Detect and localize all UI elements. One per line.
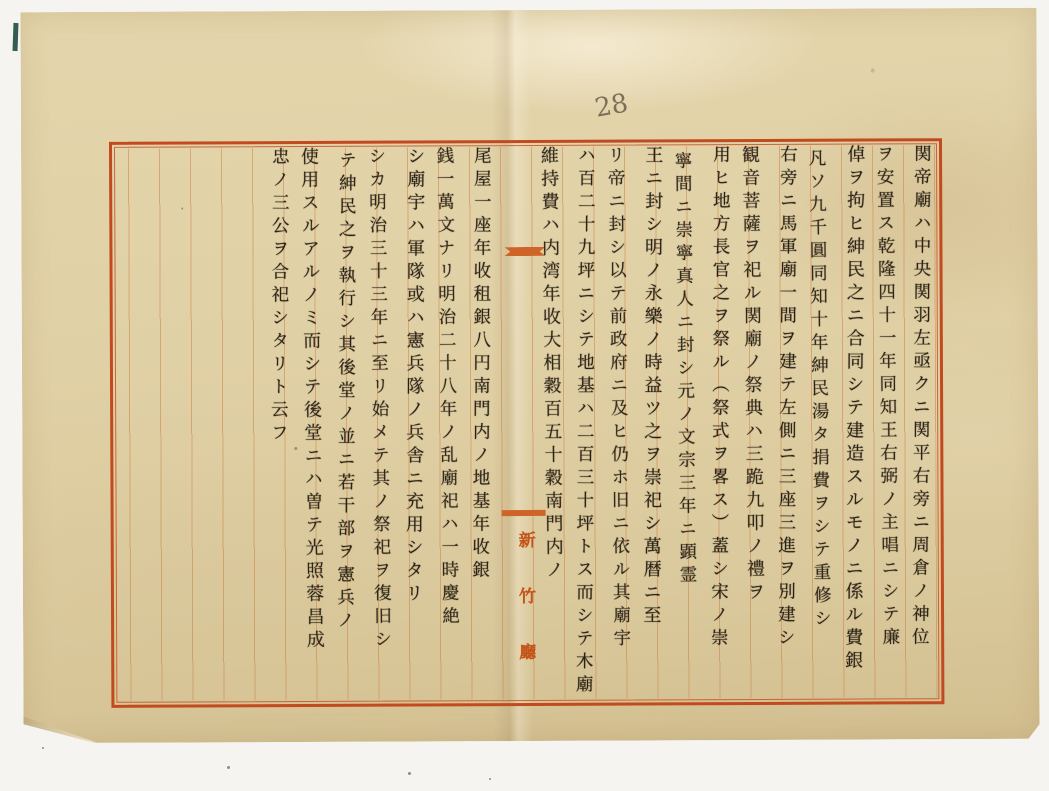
- scanner-speck: [227, 766, 230, 769]
- paper-speck: [871, 68, 875, 72]
- paper-speck: [722, 309, 726, 312]
- scanner-speck: [408, 772, 411, 775]
- dog-ear-fold: [23, 705, 97, 743]
- manuscript-column: 用ヒ地方長官之ヲ祭ル（祭式ヲ畧ス）蓋シ宋ノ崇: [703, 145, 735, 709]
- scanner-speck: [489, 778, 491, 780]
- manuscript-column: 尾屋一座年收租銀八円南門内ノ地基年收銀: [464, 146, 496, 710]
- manuscript-column: 倬ヲ拘ヒ紳民之ニ合同シテ建造スルモノニ係ル費銀: [837, 145, 869, 709]
- binding-edge-sliver: [13, 23, 19, 51]
- fold-office-label: 新竹廳: [510, 531, 539, 721]
- paper-speck: [294, 447, 297, 450]
- scanner-background: { "page": { "number_annotation": "28" },…: [0, 0, 1049, 791]
- paper-sheet: 28 新竹廳 関帝廟ハ中央関羽左亟クニ関平右旁ニ周倉ノ神位 ヲ安置ス乾隆四十一年…: [20, 8, 1039, 743]
- manuscript-column: 関帝廟ハ中央関羽左亟クニ関平右旁ニ周倉ノ神位: [904, 144, 936, 708]
- manuscript-column: 忠ノ三公ヲ合祀シタリト云フ: [262, 147, 294, 711]
- manuscript-column: 右旁ニ馬軍廟一間ヲ建テ左側ニ三座三進ヲ別建シ: [770, 145, 802, 709]
- manuscript-column: シ廟宇ハ軍隊或ハ憲兵隊ノ兵舎ニ充用シタリ: [397, 146, 429, 710]
- page-number-annotation: 28: [593, 85, 648, 123]
- paper-speck: [181, 208, 183, 210]
- manuscript-column: テ紳民之ヲ執行シ其後堂ノ並ニ若干部ヲ憲兵ノ: [329, 151, 361, 715]
- manuscript-column: 王ニ封シ明ノ永樂ノ時益ツ之ヲ崇祀シ萬暦ニ至: [635, 145, 667, 709]
- manuscript-column: ハ百二十九坪ニシテ地基ハ二百三十坪トス而シテ木廟: [568, 146, 600, 710]
- scanner-speck: [42, 747, 44, 749]
